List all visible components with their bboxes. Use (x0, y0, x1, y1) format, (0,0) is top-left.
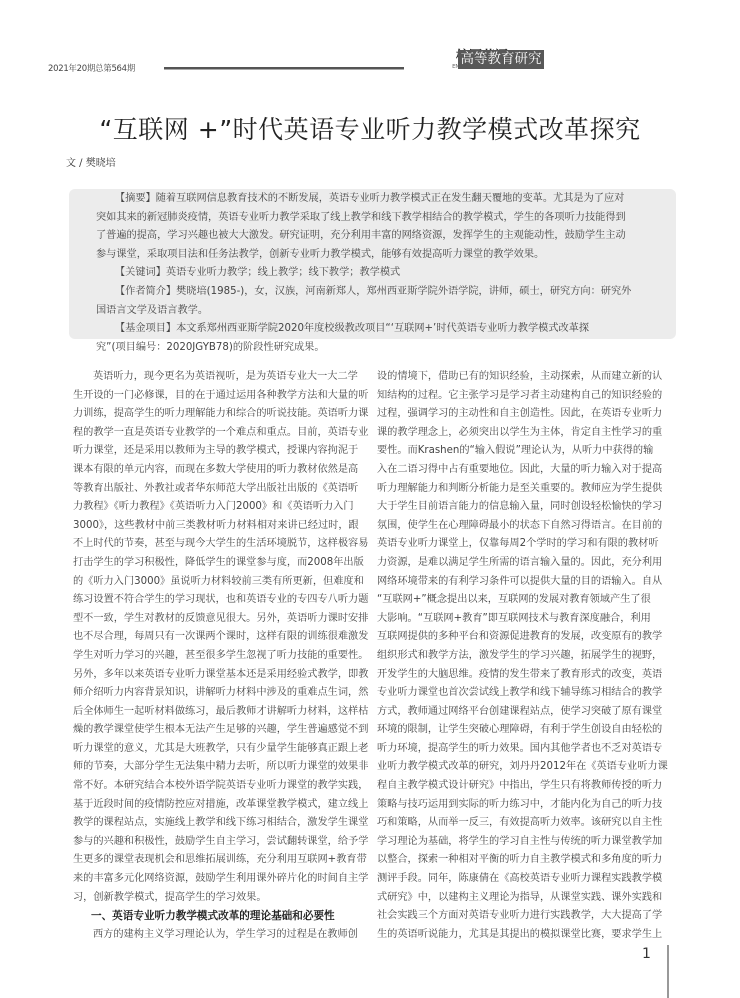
section-tag: 高等教育研究 (458, 50, 544, 69)
body-line: 生开设的一门必修课，目的在于通过运用各种教学方法和大量的听 (73, 387, 363, 406)
body-line: 生的英语听说能力，尤其是其提出的模拟课堂比赛，要求学生上 (377, 926, 667, 945)
abstract-line: 突如其来的新冠肺炎疫情，英语专业听力教学采取了线上教学和线下教学相结合的教学模式… (96, 209, 703, 228)
body-line: 以整合，探索一种相对平衡的听力自主教学模式和多角度的听力 (377, 851, 667, 870)
body-line: 式研究》中，以建构主义理论为指导，从课堂实践、课外实践和 (377, 889, 667, 908)
body-line: 教学的课程站点，实施线上教学和线下练习相结合，激发学生课堂 (73, 814, 363, 833)
body-line: 基于近段时间的疫情防控应对措施，改革课堂教学模式，建立线上 (73, 796, 363, 815)
abstract-line: 了普遍的提高，学习兴趣也被大大激发。研究证明，充分利用丰富的网络资源，发挥学生的… (96, 227, 703, 246)
abstract-box: 【摘要】随着互联网信息教育技术的不断发展，英语专业听力教学模式正在发生翻天覆地的… (69, 189, 676, 339)
body-line: 不上时代的节奏，甚至与现今大学生的生活环境脱节，这样极容易 (73, 535, 363, 554)
abstract-line: 【基金项目】本文系郑州西亚斯学院2020年度校级教改项目“‘互联网+’时代英语专… (115, 320, 722, 339)
abstract-line: 【作者简介】樊晓培(1985-)，女，汉族，河南新郑人，郑州西亚斯学院外语学院，… (115, 283, 722, 302)
body-line: 力资源，是难以满足学生所需的语言输入量的。因此，充分利用 (377, 554, 667, 573)
body-line: 力训练，提高学生的听力理解能力和综合的听说技能。英语听力课 (73, 405, 363, 424)
body-line: 也不尽合理，每周只有一次课两个课时，这样有限的训练很难激发 (73, 628, 363, 647)
body-line: 环境的限制，让学生突破心理障碍，有利于学生创设自由轻松的 (377, 721, 667, 740)
body-line: 设的情境下，借助已有的知识经验，主动探索，从而建立新的认 (377, 368, 667, 387)
body-line: 大影响。“互联网+教育”即互联网技术与教育深度融合，利用 (377, 610, 667, 629)
body-line: 业听力教学模式改革的研究，刘丹丹2012年在《英语专业听力课 (377, 758, 667, 777)
body-line: 要性。而Krashen的“输入假说”理论认为，从听力中获得的输 (377, 442, 667, 461)
abstract-line: 【关键词】英语专业听力教学；线上教学；线下教学；教学模式 (115, 264, 722, 283)
body-line: 燥的教学课堂使学生根本无法产生足够的兴趣，学生普遍感觉不到 (73, 721, 363, 740)
body-line: 巧和策略，从而举一反三，有效提高听力效率。该研究以自主性 (377, 814, 667, 833)
body-column-left: 英语听力，现今更名为英语视听，是为英语专业大一大二学生开设的一门必修课，目的在于… (73, 368, 363, 944)
body-line: 3000》，这些教材中前三类教材听力材料相对来讲已经过时，跟 (73, 517, 363, 536)
header-rule-shadow (164, 69, 404, 70)
body-line: 师的节奏，大部分学生无法集中精力去听，所以听力课堂的效果非 (73, 758, 363, 777)
article-author: 文 / 樊晓培 (66, 154, 116, 169)
body-column-right: 设的情境下，借助已有的知识经验，主动探索，从而建立新的认知结构的过程。它主张学习… (377, 368, 667, 944)
abstract-line: 【摘要】随着互联网信息教育技术的不断发展，英语专业听力教学模式正在发生翻天覆地的… (115, 190, 722, 209)
body-line: 西方的建构主义学习理论认为，学生学习的过程是在教师创 (73, 926, 363, 945)
body-line: 大于学生目前语言能力的信息输入量，同时创设轻松愉快的学习 (377, 498, 667, 517)
page-number: 1 (642, 946, 651, 962)
body-line: 英语听力，现今更名为英语视听，是为英语专业大一大二学 (73, 368, 363, 387)
body-line: 习，创新教学模式，提高学生的学习效果。 (73, 889, 363, 908)
body-line: 知结构的过程。它主张学习是学习者主动建构自己的知识经验的 (377, 387, 667, 406)
body-line: 听力理解能力和判断分析能力是至关重要的。教师应为学生提供 (377, 480, 667, 499)
body-line: 互联网提供的多种平台和资源促进教育的发展，改变原有的教学 (377, 628, 667, 647)
abstract-lines: 【摘要】随着互联网信息教育技术的不断发展，英语专业听力教学模式正在发生翻天覆地的… (69, 190, 676, 357)
body-line: 来的丰富多元化网络资源，鼓励学生利用课外碎片化的时间自主学 (73, 870, 363, 889)
body-line: “互联网+”概念提出以来，互联网的发展对教育领域产生了很 (377, 591, 667, 610)
body-line: 练习设置不符合学生的学习现状，也和英语专业的专四专八听力题 (73, 591, 363, 610)
body-line: 过程，强调学习的主动性和自主创造性。因此，在英语专业听力 (377, 405, 667, 424)
body-line: 的《听力入门3000》虽说听力材料较前三类有所更新，但难度和 (73, 573, 363, 592)
body-line: 后全体师生一起听材料做练习，最后教师才讲解听力材料，这样枯 (73, 703, 363, 722)
body-line: 开发学生的大脑思维。疫情的发生带来了教育形式的改变，英语 (377, 666, 667, 685)
body-line: 组织形式和教学方法，激发学生的学习兴趣，拓展学生的视野， (377, 647, 667, 666)
abstract-line: 参与课堂，采取项目法和任务法教学，创新专业听力教学模式，能够有效提高听力课堂的教… (96, 246, 703, 265)
abstract-line: 究”(项目编号：2020JGYB78)的阶段性研究成果。 (96, 339, 703, 358)
body-line: 英语专业听力课堂上，仅靠每周2个学时的学习和有限的教材听 (377, 535, 667, 554)
body-line: 听力环境，提高学生的听力效果。国内其他学者也不乏对英语专 (377, 740, 667, 759)
issue-label: 2021年20期总第564期 (48, 62, 135, 74)
section-heading: 一、英语专业听力教学模式改革的理论基础和必要性 (73, 907, 363, 926)
body-line: 听力课堂的意义，尤其是大班教学，只有少量学生能够真正跟上老 (73, 740, 363, 759)
body-line: 型不一致，学生对教材的反馈意见很大。另外，英语听力课时安排 (73, 610, 363, 629)
body-line: 参与的兴趣和积极性，鼓励学生自主学习，尝试翻转课堂，给予学 (73, 833, 363, 852)
body-line: 入在二语习得中占有重要地位。因此，大量的听力输入对于提高 (377, 461, 667, 480)
body-line: 测评手段。同年，陈康倩在《高校英语专业听力课程实践教学模 (377, 870, 667, 889)
article-title: “互联网 +”时代英语专业听力教学模式改革探究 (0, 110, 740, 146)
body-line: 策略与技巧运用到实际的听力练习中，才能内化为自己的听力技 (377, 796, 667, 815)
body-line: 氛围，使学生在心理障碍最小的状态下自然习得语言。在目前的 (377, 517, 667, 536)
body-line: 专业听力课堂也首次尝试线上教学和线下辅导练习相结合的教学 (377, 684, 667, 703)
body-line: 常不好。本研究结合本校外语学院英语专业听力课堂的教学实践， (73, 777, 363, 796)
body-line: 社会实践三个方面对英语专业听力进行实践教学，大大提高了学 (377, 907, 667, 926)
body-line: 课的教学理念上，必须突出以学生为主体，肯定自主性学习的重 (377, 424, 667, 443)
body-line: 网络环境带来的有利学习条件可以提供大量的目的语输入。自从 (377, 573, 667, 592)
body-line: 师介绍听力内容背景知识，讲解听力材料中涉及的重难点生词，然 (73, 684, 363, 703)
body-line: 生更多的课堂表现机会和思维拓展训练，充分利用互联网+教育带 (73, 851, 363, 870)
page-edge-bar (667, 945, 669, 998)
body-line: 学生对听力学习的兴趣，甚至很多学生忽视了听力技能的重要性。 (73, 647, 363, 666)
body-line: 另外，多年以来英语专业听力课堂基本还是采用经验式教学，即教 (73, 666, 363, 685)
body-line: 打击学生的学习积极性，降低学生的课堂参与度，而2008年出版 (73, 554, 363, 573)
body-line: 听力课堂，还是采用以教师为主导的教学模式，授课内容拘泥于 (73, 442, 363, 461)
body-line: 力教程》《听力教程》《英语听力入门2000》和《英语听力入门 (73, 498, 363, 517)
body-line: 等教育出版社、外教社或者华东师范大学出版社出版的《英语听 (73, 480, 363, 499)
abstract-line: 国语言文学及语言教学。 (96, 302, 703, 321)
body-line: 学习理论为基础，将学生的学习自主性与传统的听力课堂教学加 (377, 833, 667, 852)
body-line: 程自主教学模式设计研究》中指出，学生只有将教师传授的听力 (377, 777, 667, 796)
body-line: 课本有限的单元内容，而现在多数大学使用的听力教材依然是高 (73, 461, 363, 480)
page-header: 2021年20期总第564期 校园英语 ENGLISH ON CAMPUS 高等… (48, 50, 692, 76)
body-line: 方式，教师通过网络平台创建课程站点，使学习突破了原有课堂 (377, 703, 667, 722)
body-line: 程的教学一直是英语专业教学的一个难点和重点。目前，英语专业 (73, 424, 363, 443)
